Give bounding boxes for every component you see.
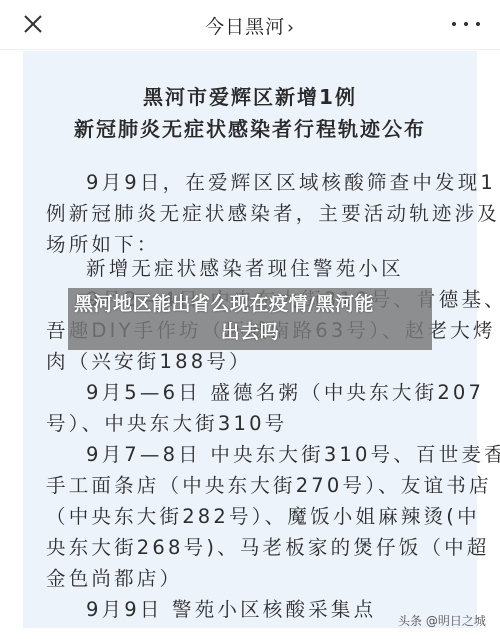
account-title-link[interactable]: 今日黑河› xyxy=(0,12,500,39)
body-line: 9月5—6日 盛德名粥（中央东大街207 xyxy=(46,377,486,408)
body-line: 9月9日，在爱辉区区域核酸筛查中发现1 xyxy=(46,167,486,198)
body-line: （中央东大街282号）、魔饭小姐麻辣烫(中 xyxy=(46,501,486,532)
top-navigation-bar: 今日黑河› xyxy=(0,0,500,50)
more-options-button[interactable] xyxy=(452,18,480,30)
body-line: 号）、中央东大街310号 xyxy=(46,408,486,439)
chevron-right-icon: › xyxy=(287,18,295,38)
body-line: 金色尚都店） xyxy=(46,563,486,594)
caption-overlay: 黑河地区能出省么现在疫情/黑河能 出去吗 xyxy=(68,288,432,350)
article-body: 9月9日，在爱辉区区域核酸筛查中发现1 例新冠肺炎无症状感染者，主要活动轨迹涉及… xyxy=(46,167,486,260)
body-line: 新增无症状感染者现住警苑小区 xyxy=(46,253,486,284)
body-line: 手工面条店（中央东大街270号）、友谊书店 xyxy=(46,470,486,501)
body-line: 例新冠肺炎无症状感染者，主要活动轨迹涉及 xyxy=(46,198,486,229)
watermark: 头条 @明日之城 xyxy=(398,612,486,629)
caption-text: 黑河地区能出省么现在疫情/黑河能 出去吗 xyxy=(68,290,432,346)
more-dot-icon xyxy=(476,22,480,26)
more-dot-icon xyxy=(452,22,456,26)
caption-line-1: 黑河地区能出省么现在疫情/黑河能 xyxy=(68,290,432,318)
body-line: 肉（兴安街188号） xyxy=(46,346,486,377)
caption-line-2: 出去吗 xyxy=(68,318,432,346)
body-line: 央东大街268号)、马老板家的煲仔饭（中超 xyxy=(46,532,486,563)
more-dot-icon xyxy=(464,22,468,26)
account-title: 今日黑河 xyxy=(205,16,285,38)
body-line: 9月7—8日 中央东大街310号、百世麦香 xyxy=(46,439,486,470)
headline-line-1: 黑河市爱辉区新增1例 xyxy=(23,81,477,110)
headline-line-2: 新冠肺炎无症状感染者行程轨迹公布 xyxy=(23,113,477,142)
